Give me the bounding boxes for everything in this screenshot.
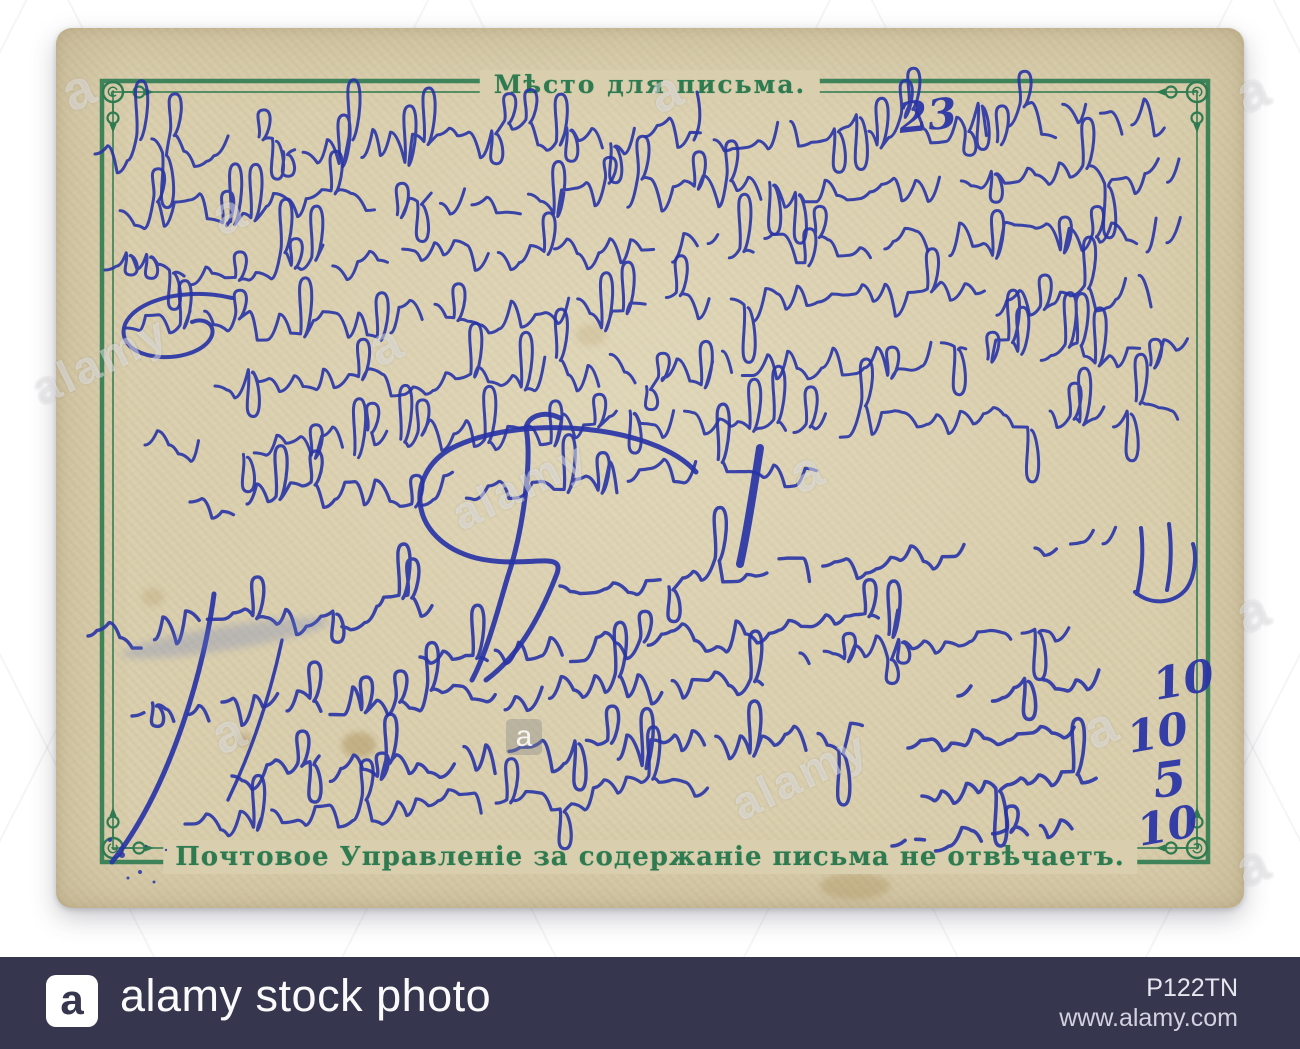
alamy-brand-text: alamy stock photo	[120, 970, 491, 1022]
alamy-footer-bar: a alamy stock photo P122TN www.alamy.com	[0, 957, 1300, 1049]
svg-text:10: 10	[1149, 650, 1219, 711]
svg-text:23: 23	[895, 88, 959, 143]
alamy-url: www.alamy.com	[1059, 1003, 1238, 1033]
antique-postcard: Мѣсто для письма. Почтовое Управленіе за…	[56, 28, 1244, 908]
svg-text:10: 10	[1133, 796, 1203, 857]
image-id: P122TN	[1059, 973, 1238, 1003]
handwriting-ink-layer: 231010510	[56, 28, 1244, 908]
alamy-logo-icon: a	[46, 975, 98, 1027]
image-credit-block: P122TN www.alamy.com	[1059, 973, 1238, 1033]
